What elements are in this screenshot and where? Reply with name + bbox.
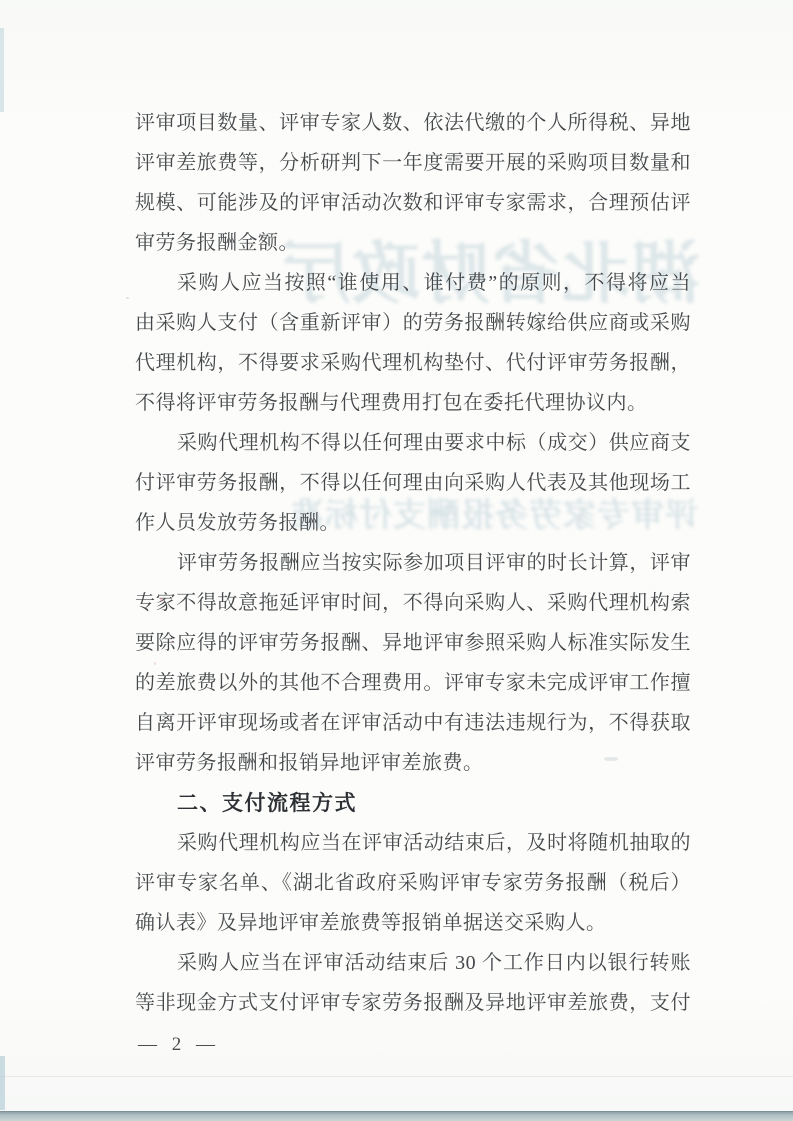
text-line: 确认表》及异地评审差旅费等报销单据送交采购人。: [135, 903, 691, 943]
scan-edge-artifact: [0, 1111, 793, 1121]
text-line: 不得将评审劳务报酬与代理费用打包在委托代理协议内。: [135, 383, 691, 423]
text-line: 的差旅费以外的其他不合理费用。评审专家未完成评审工作擅: [135, 663, 691, 703]
scan-edge-artifact: [0, 1056, 5, 1110]
document-body: 评审项目数量、评审专家人数、依法代缴的个人所得税、异地 评审差旅费等，分析研判下…: [135, 103, 691, 1023]
text-line: 要除应得的评审劳务报酬、异地评审参照采购人标准实际发生: [135, 623, 691, 663]
section-heading: 二、支付流程方式: [135, 783, 691, 823]
text-line: 专家不得故意拖延评审时间，不得向采购人、采购代理机构索: [135, 583, 691, 623]
text-line: 自离开评审现场或者在评审活动中有违法违规行为，不得获取: [135, 703, 691, 743]
text-line: 评审专家名单、《湖北省政府采购评审专家劳务报酬（税后）: [135, 863, 691, 903]
text-line: 作人员发放劳务报酬。: [135, 503, 691, 543]
text-line: 由采购人支付（含重新评审）的劳务报酬转嫁给供应商或采购: [135, 303, 691, 343]
text-line: 等非现金方式支付评审专家劳务报酬及异地评审差旅费，支付: [135, 983, 691, 1023]
text-line: 采购人应当在评审活动结束后 30 个工作日内以银行转账: [135, 943, 691, 983]
text-line: 审劳务报酬金额。: [135, 223, 691, 263]
text-line: 评审差旅费等，分析研判下一年度需要开展的采购项目数量和: [135, 143, 691, 183]
scan-edge-artifact: [0, 28, 4, 112]
text-line: 采购代理机构应当在评审活动结束后，及时将随机抽取的: [135, 823, 691, 863]
text-line: 采购代理机构不得以任何理由要求中标（成交）供应商支: [135, 423, 691, 463]
text-line: 代理机构，不得要求采购代理机构垫付、代付评审劳务报酬，: [135, 343, 691, 383]
scan-speck: [126, 297, 129, 299]
scan-faint-line: [0, 1076, 793, 1077]
page-number: — 2 —: [138, 1034, 220, 1056]
text-line: 评审项目数量、评审专家人数、依法代缴的个人所得税、异地: [135, 103, 691, 143]
text-line: 采购人应当按照“谁使用、谁付费”的原则，不得将应当: [135, 263, 691, 303]
text-line: 评审劳务报酬和报销异地评审差旅费。: [135, 743, 691, 783]
text-line: 规模、可能涉及的评审活动次数和评审专家需求，合理预估评: [135, 183, 691, 223]
text-line: 评审劳务报酬应当按实际参加项目评审的时长计算，评审: [135, 543, 691, 583]
text-line: 付评审劳务报酬，不得以任何理由向采购人代表及其他现场工: [135, 463, 691, 503]
document-page: { "document": { "language": "zh-CN", "pa…: [0, 0, 793, 1121]
